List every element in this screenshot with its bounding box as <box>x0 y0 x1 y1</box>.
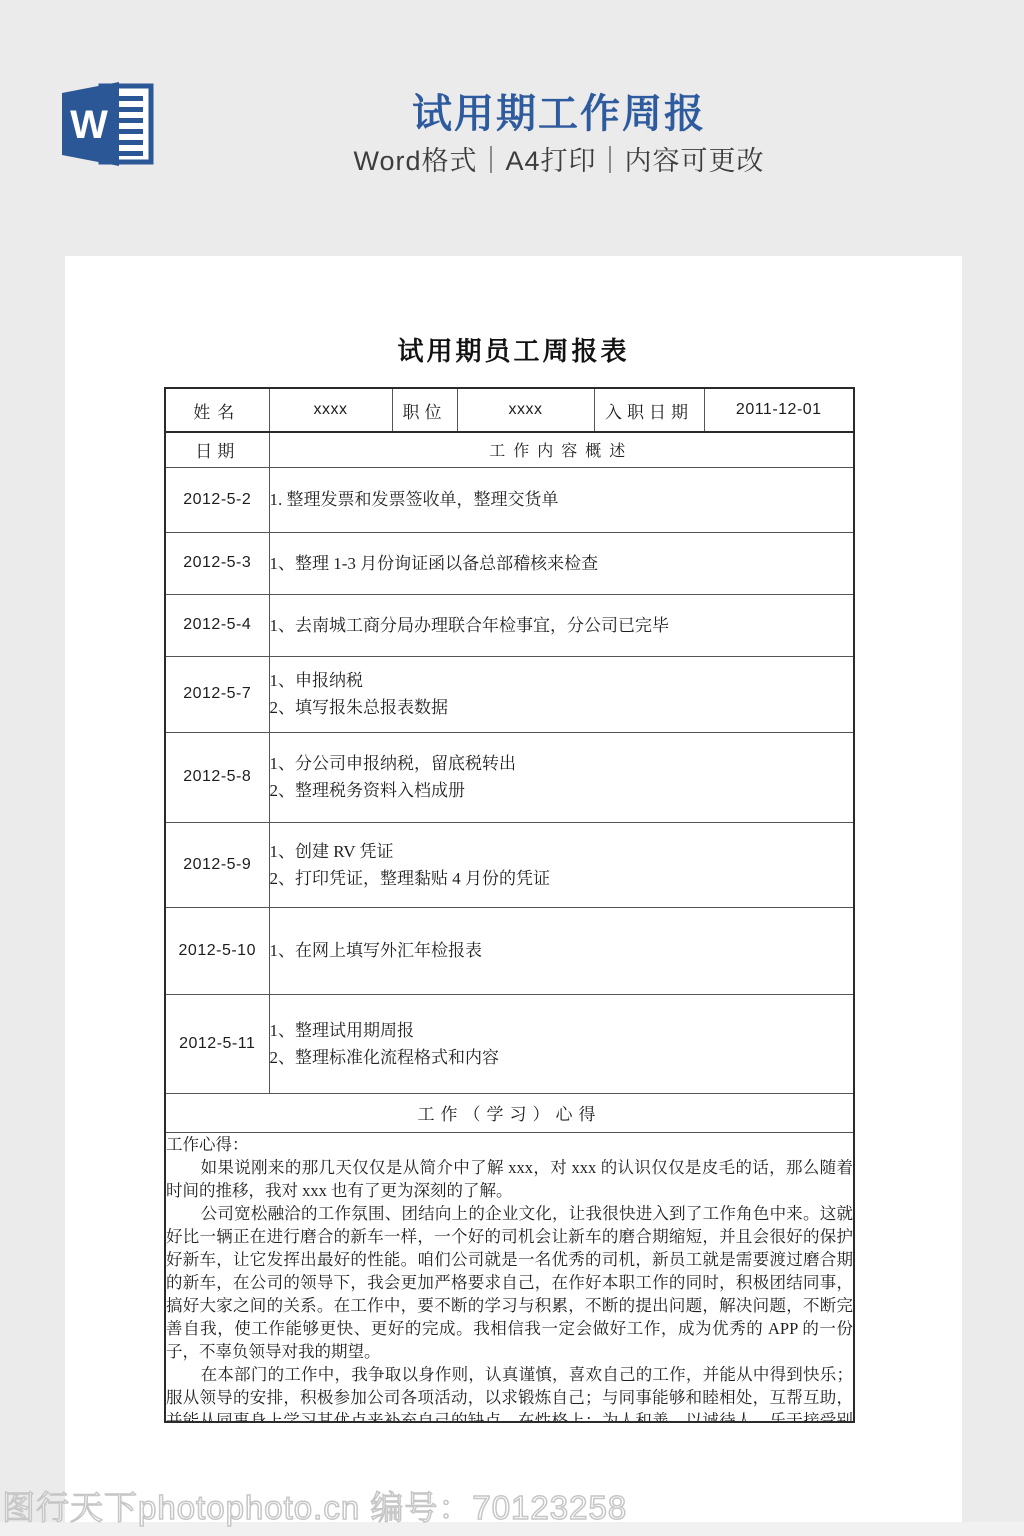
hire-date-label-cell: 入职日期 <box>594 388 704 432</box>
entry-content: 1、在网上填写外汇年检报表 <box>269 907 854 994</box>
table-row: 2012-5-3 1、整理 1-3 月份询证函以备总部稽核来检查 <box>165 532 854 594</box>
document-title: 试用期员工周报表 <box>65 338 962 366</box>
notes-paragraph: 在本部门的工作中，我争取以身作则，认真谨慎，喜欢自己的工作，并能从中得到快乐；服… <box>166 1363 853 1421</box>
hire-date-value-cell: 2011-12-01 <box>704 388 854 432</box>
notes-paragraph: 如果说刚来的那几天仅仅是从简介中了解 xxx，对 xxx 的认识仅仅是皮毛的话，… <box>166 1156 853 1202</box>
entry-content: 1、去南城工商分局办理联合年检事宜，分公司已完毕 <box>269 594 854 656</box>
entry-content: 1、整理 1-3 月份询证函以备总部稽核来检查 <box>269 532 854 594</box>
notes-content: 工作心得： 如果说刚来的那几天仅仅是从简介中了解 xxx，对 xxx 的认识仅仅… <box>165 1132 854 1422</box>
table-row: 2012-5-11 1、整理试用期周报 2、整理标准化流程格式和内容 <box>165 994 854 1093</box>
notes-label: 工作心得： <box>166 1133 853 1156</box>
entry-date: 2012-5-11 <box>165 994 269 1093</box>
site-watermark: 图行天下photophoto.cn 编号：70123258 <box>2 1482 627 1529</box>
position-label-cell: 职位 <box>392 388 457 432</box>
summary-column-header: 工作内容概述 <box>269 432 854 467</box>
entry-content: 1. 整理发票和发票签收单，整理交货单 <box>269 467 854 532</box>
table-row: 2012-5-2 1. 整理发票和发票签收单，整理交货单 <box>165 467 854 532</box>
entry-date: 2012-5-2 <box>165 467 269 532</box>
table-row: 2012-5-8 1、分公司申报纳税，留底税转出 2、整理税务资料入档成册 <box>165 732 854 822</box>
notes-content-row: 工作心得： 如果说刚来的那几天仅仅是从简介中了解 xxx，对 xxx 的认识仅仅… <box>165 1132 854 1422</box>
entry-date: 2012-5-3 <box>165 532 269 594</box>
table-row: 2012-5-4 1、去南城工商分局办理联合年检事宜，分公司已完毕 <box>165 594 854 656</box>
word-file-icon: W <box>62 80 156 168</box>
entry-content: 1、创建 RV 凭证 2、打印凭证，整理黏贴 4 月份的凭证 <box>269 822 854 907</box>
entry-content: 1、分公司申报纳税，留底税转出 2、整理税务资料入档成册 <box>269 732 854 822</box>
table-row: 2012-5-7 1、申报纳税 2、填写报朱总报表数据 <box>165 656 854 732</box>
entry-date: 2012-5-9 <box>165 822 269 907</box>
entry-date: 2012-5-4 <box>165 594 269 656</box>
column-header-row: 日期 工作内容概述 <box>165 432 854 467</box>
notes-section-header: 工作（学习）心得 <box>165 1093 854 1132</box>
template-title: 试用期工作周报 <box>156 92 962 136</box>
template-subtitle: Word格式｜A4打印｜内容可更改 <box>156 146 962 176</box>
employee-info-row: 姓名 xxxx 职位 xxxx 入职日期 2011-12-01 <box>165 388 854 432</box>
template-preview-header: W 试用期工作周报 Word格式｜A4打印｜内容可更改 <box>62 80 962 200</box>
word-icon-letter: W <box>70 103 108 147</box>
name-value-cell: xxxx <box>269 388 392 432</box>
name-label-cell: 姓名 <box>165 388 269 432</box>
table-row: 2012-5-10 1、在网上填写外汇年检报表 <box>165 907 854 994</box>
entry-date: 2012-5-7 <box>165 656 269 732</box>
entry-content: 1、申报纳税 2、填写报朱总报表数据 <box>269 656 854 732</box>
date-column-header: 日期 <box>165 432 269 467</box>
document-page: 试用期员工周报表 姓名 xxxx 职位 xxxx 入职日期 2011-12-01… <box>65 256 962 1522</box>
notes-paragraph: 公司宽松融洽的工作氛围、团结向上的企业文化，让我很快进入到了工作角色中来。这就好… <box>166 1202 853 1363</box>
table-row: 2012-5-9 1、创建 RV 凭证 2、打印凭证，整理黏贴 4 月份的凭证 <box>165 822 854 907</box>
entry-content: 1、整理试用期周报 2、整理标准化流程格式和内容 <box>269 994 854 1093</box>
weekly-report-table: 姓名 xxxx 职位 xxxx 入职日期 2011-12-01 日期 工作内容概… <box>164 387 855 1423</box>
entry-date: 2012-5-10 <box>165 907 269 994</box>
position-value-cell: xxxx <box>457 388 594 432</box>
template-header-text: 试用期工作周报 Word格式｜A4打印｜内容可更改 <box>156 80 962 200</box>
entry-date: 2012-5-8 <box>165 732 269 822</box>
notes-header-row: 工作（学习）心得 <box>165 1093 854 1132</box>
page-background: { "colors":{ "word_blue":"#2b5797", "tit… <box>0 0 1024 1536</box>
